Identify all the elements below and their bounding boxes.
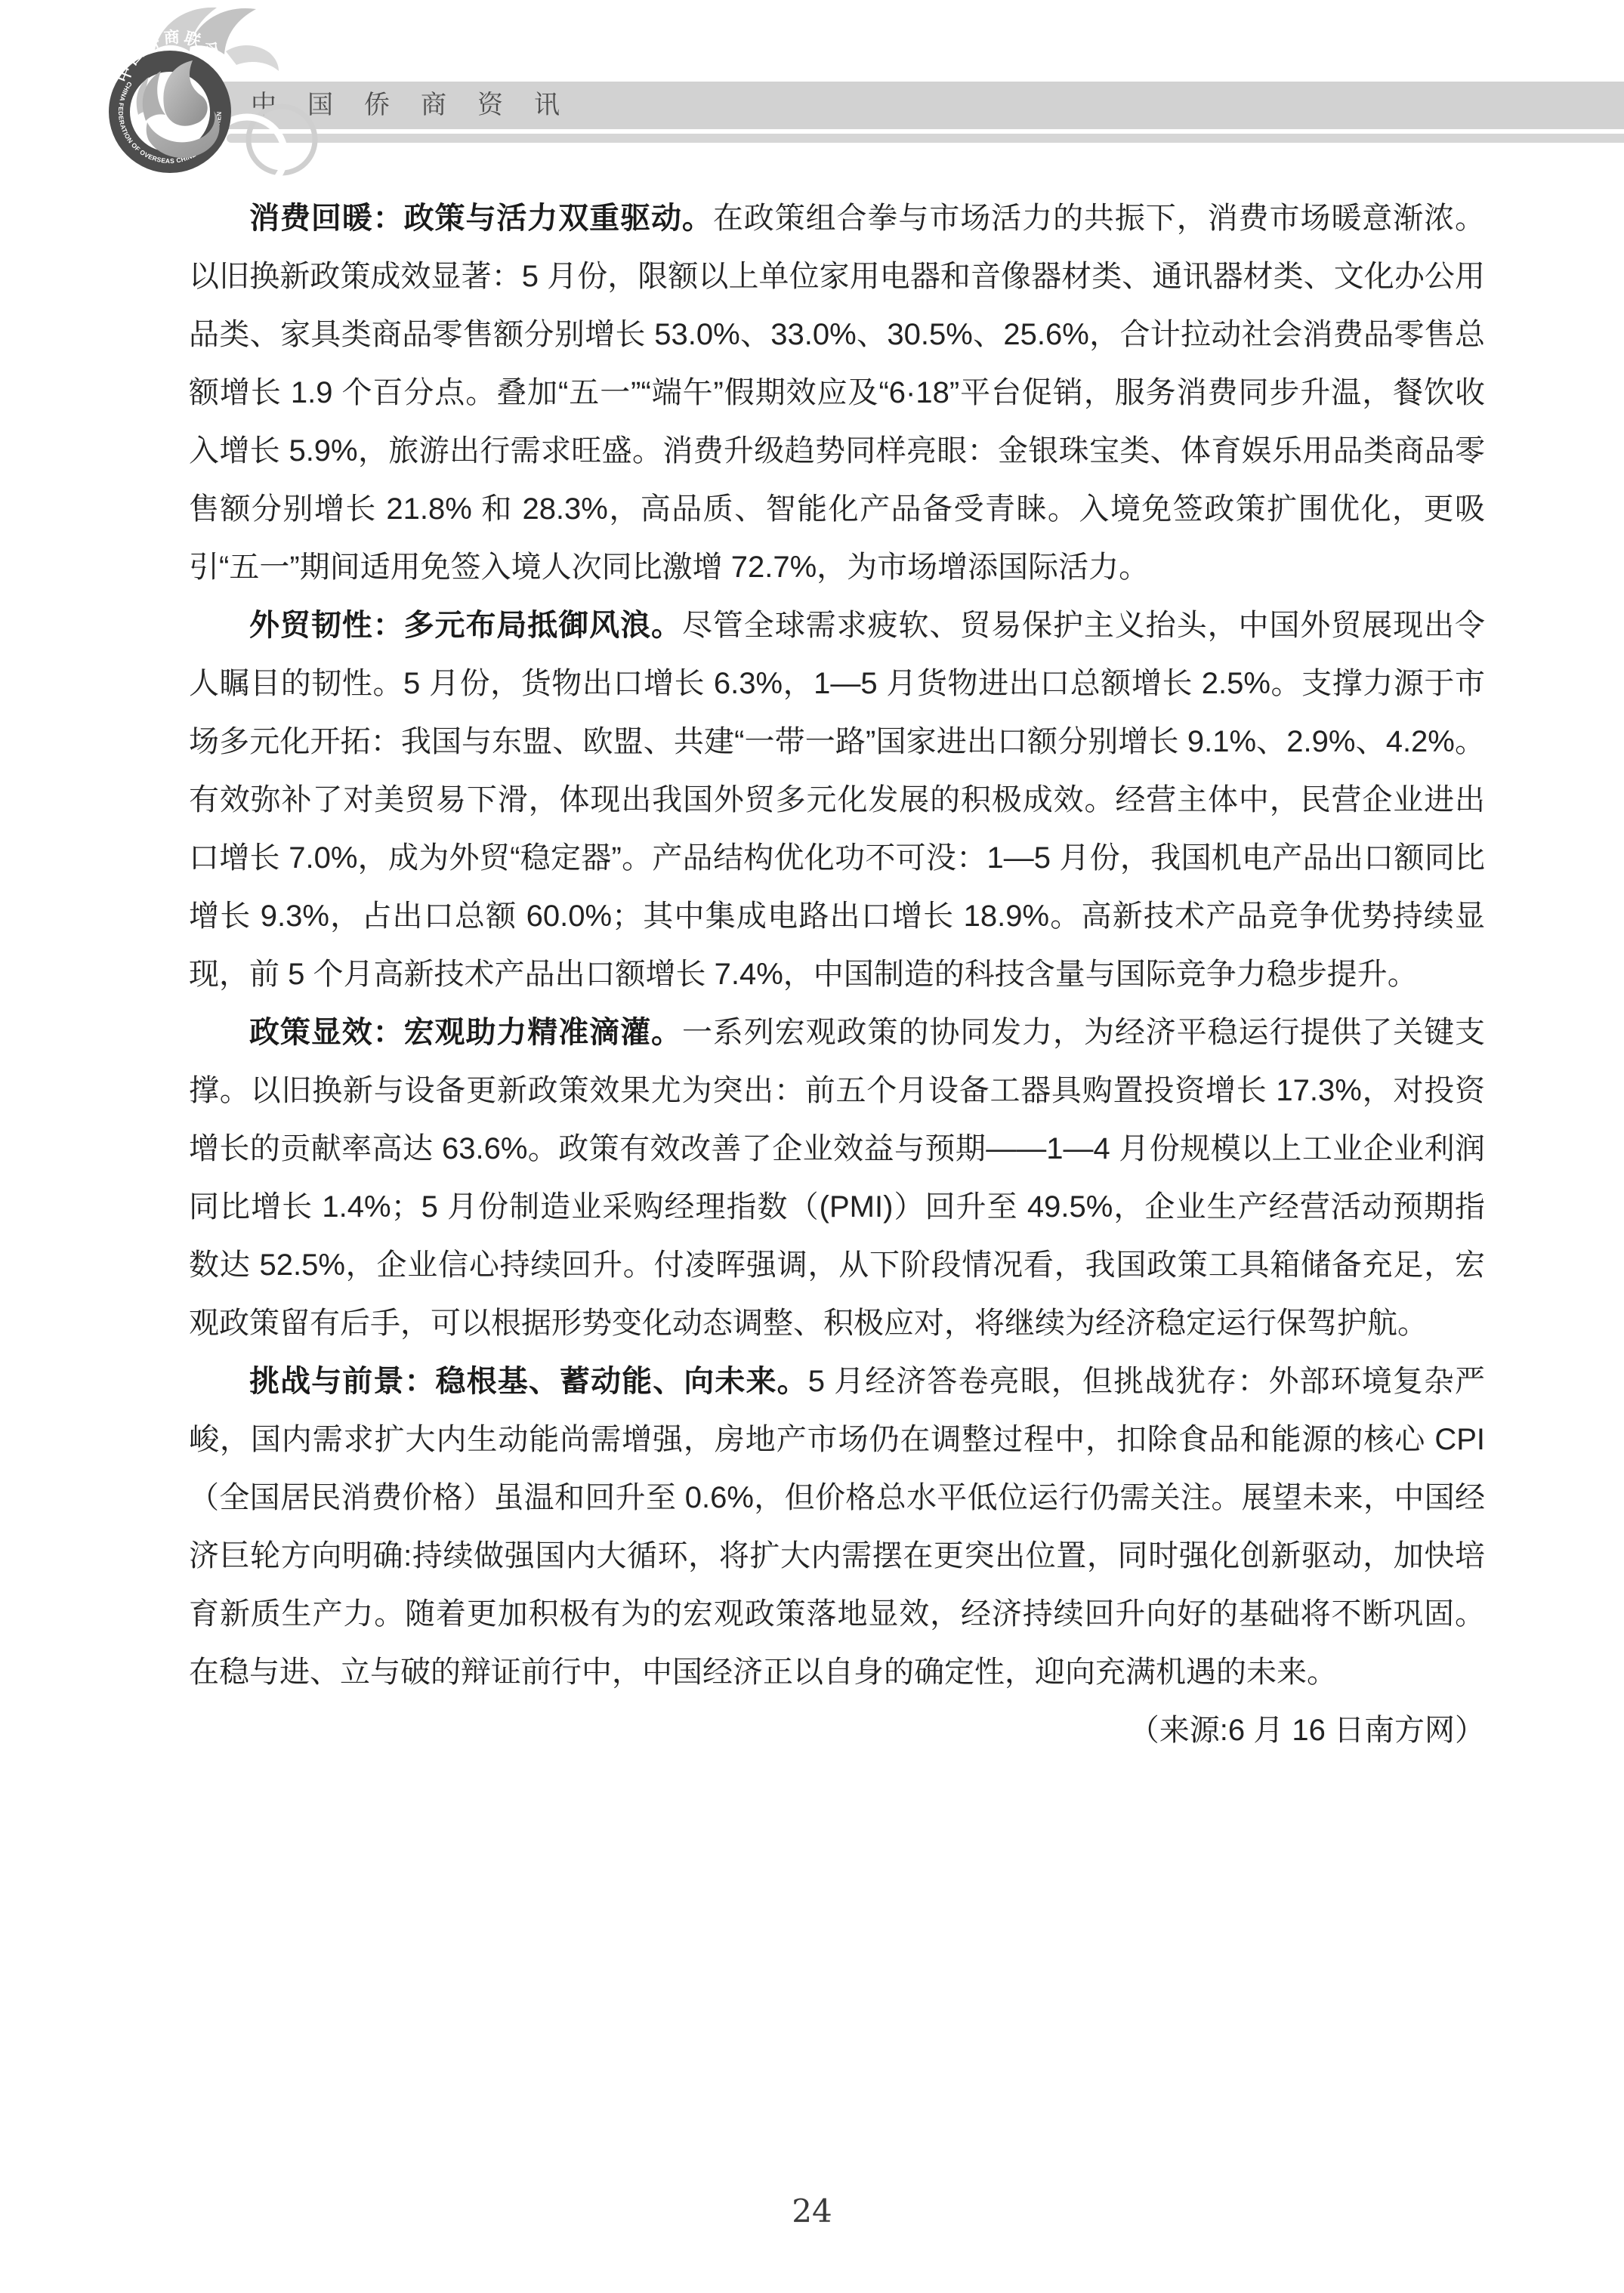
paragraph-text: 一系列宏观政策的协同发力，为经济平稳运行提供了关键支撑。以旧换新与设备更新政策效… (189, 1016, 1485, 1340)
header-band-thin (227, 134, 1624, 143)
article-body: 消费回暖：政策与活力双重驱动。在政策组合拳与市场活力的共振下，消费市场暖意渐浓。… (189, 190, 1485, 1760)
paragraph-foreign-trade: 外贸韧性：多元布局抵御风浪。尽管全球需求疲软、贸易保护主义抬头，中国外贸展现出令… (189, 597, 1485, 1004)
source-note: （来源:6 月 16 日南方网） (1129, 1702, 1485, 1760)
paragraph-lead: 政策显效：宏观助力精准滴灌。 (249, 1016, 682, 1049)
paragraph-lead: 挑战与前景：稳根基、蓄动能、向未来。 (249, 1365, 808, 1398)
paragraph-outlook: 挑战与前景：稳根基、蓄动能、向未来。5 月经济答卷亮眼，但挑战犹存：外部环境复杂… (189, 1353, 1485, 1702)
document-page: 中国侨商资讯 中国侨商联合会 (0, 0, 1624, 2293)
paragraph-text: 5 月经济答卷亮眼，但挑战犹存：外部环境复杂严峻，国内需求扩大内生动能尚需增强，… (189, 1365, 1485, 1689)
paragraph-text: 在政策组合拳与市场活力的共振下，消费市场暖意渐浓。以旧换新政策成效显著：5 月份… (189, 202, 1485, 584)
paragraph-lead: 外贸韧性：多元布局抵御风浪。 (249, 609, 682, 642)
paragraph-consumption: 消费回暖：政策与活力双重驱动。在政策组合拳与市场活力的共振下，消费市场暖意渐浓。… (189, 190, 1485, 597)
paragraph-text: 尽管全球需求疲软、贸易保护主义抬头，中国外贸展现出令人瞩目的韧性。5 月份，货物… (189, 609, 1485, 991)
page-number: 24 (0, 2193, 1624, 2230)
paragraph-lead: 消费回暖：政策与活力双重驱动。 (249, 202, 713, 235)
paragraph-policy: 政策显效：宏观助力精准滴灌。一系列宏观政策的协同发力，为经济平稳运行提供了关键支… (189, 1004, 1485, 1353)
